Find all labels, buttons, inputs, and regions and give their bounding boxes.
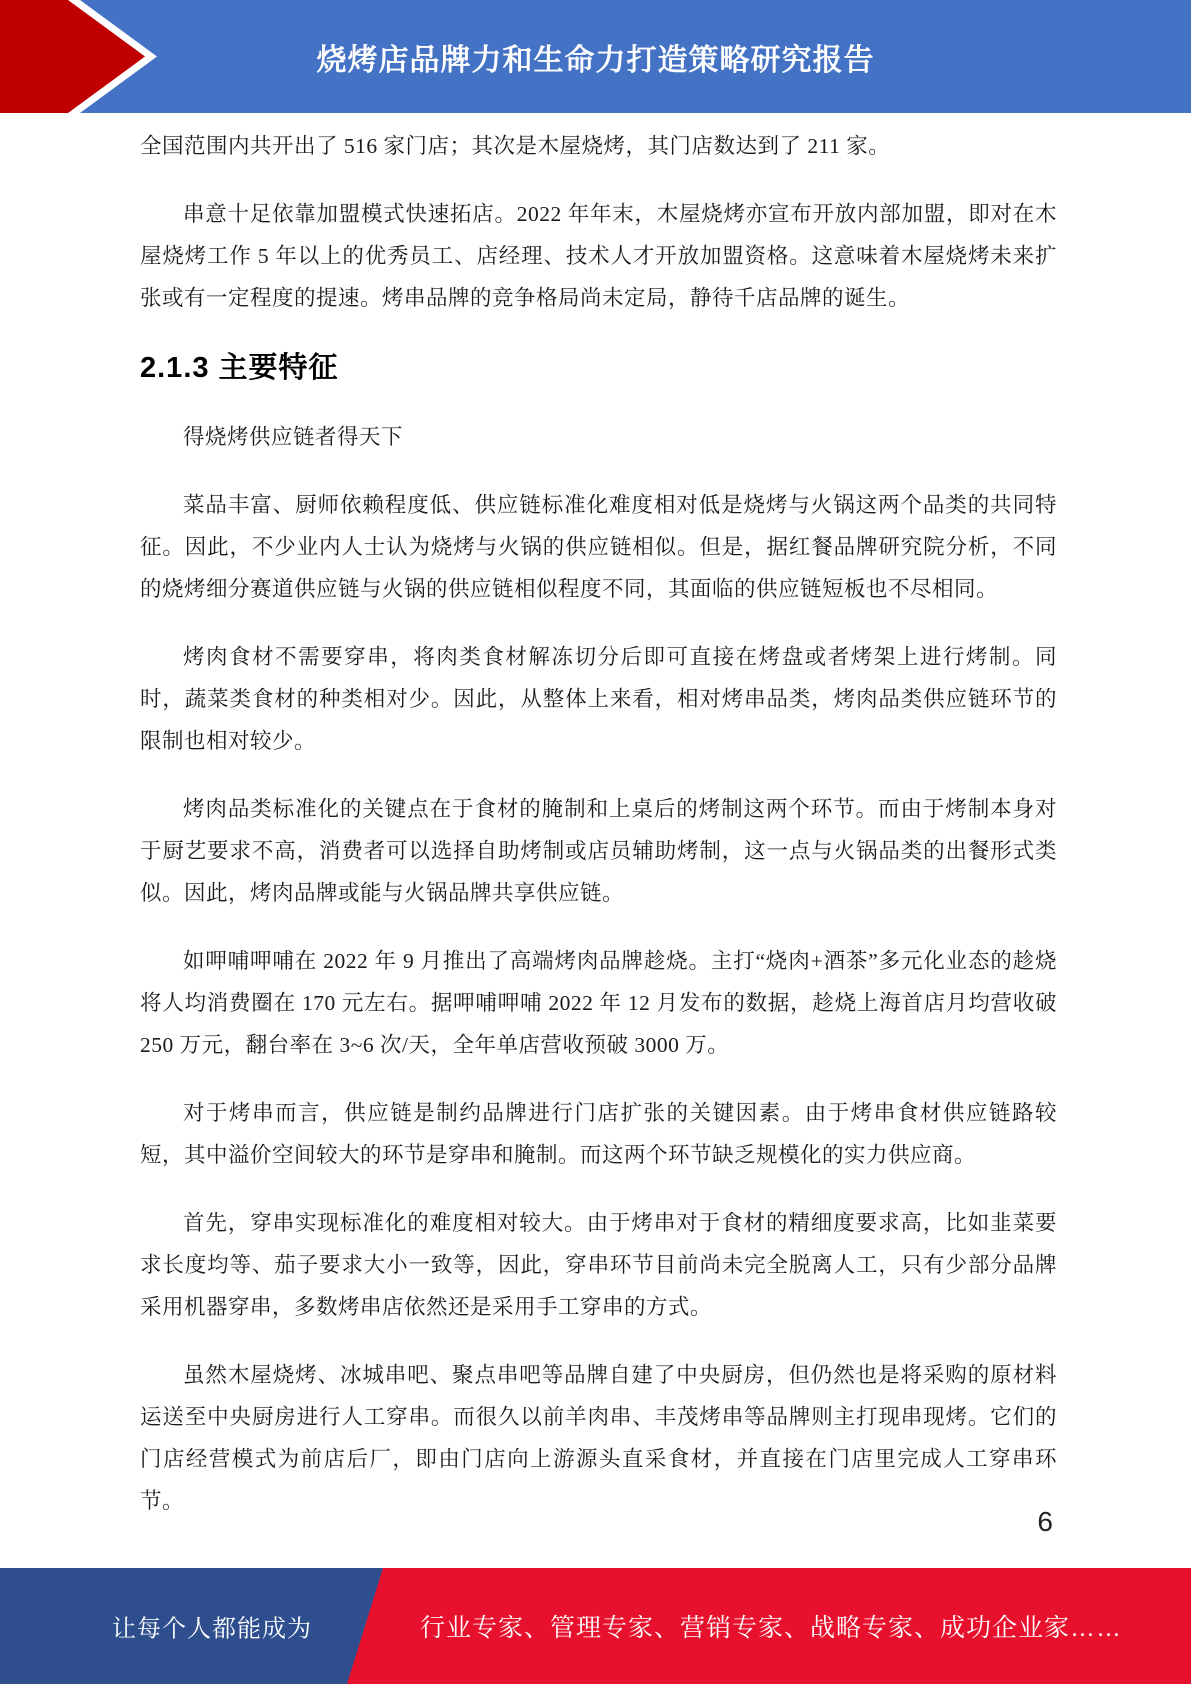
paragraph: 串意十足依靠加盟模式快速拓店。2022 年年末，木屋烧烤亦宣布开放内部加盟，即对… (140, 193, 1057, 319)
paragraph: 如呷哺呷哺在 2022 年 9 月推出了高端烤肉品牌趁烧。主打“烧肉+酒茶”多元… (140, 940, 1057, 1066)
page-footer: 让每个人都能成为 行业专家、管理专家、营销专家、战略专家、成功企业家…… (0, 1568, 1191, 1684)
footer-slogan-right: 行业专家、管理专家、营销专家、战略专家、成功企业家…… (420, 1608, 1133, 1644)
page-number: 6 (1037, 1506, 1053, 1538)
report-page: 烧烤店品牌力和生命力打造策略研究报告 全国范围内共开出了 516 家门店；其次是… (0, 0, 1191, 1684)
paragraph-continuation: 全国范围内共开出了 516 家门店；其次是木屋烧烤，其门店数达到了 211 家。 (140, 125, 1057, 167)
footer-slogan-left: 让每个人都能成为 (96, 1609, 328, 1644)
paragraph: 烤肉品类标准化的关键点在于食材的腌制和上桌后的烤制这两个环节。而由于烤制本身对于… (140, 788, 1057, 914)
paragraph: 首先，穿串实现标准化的难度相对较大。由于烤串对于食材的精细度要求高，比如韭菜要求… (140, 1202, 1057, 1328)
paragraph: 菜品丰富、厨师依赖程度低、供应链标准化难度相对低是烧烤与火锅这两个品类的共同特征… (140, 484, 1057, 610)
paragraph: 烤肉食材不需要穿串，将肉类食材解冻切分后即可直接在烤盘或者烤架上进行烤制。同时，… (140, 636, 1057, 762)
page-header: 烧烤店品牌力和生命力打造策略研究报告 (0, 0, 1191, 113)
document-body: 全国范围内共开出了 516 家门店；其次是木屋烧烤，其门店数达到了 211 家。… (0, 113, 1191, 1548)
paragraph-lead: 得烧烤供应链者得天下 (140, 416, 1057, 458)
section-heading: 2.1.3 主要特征 (140, 345, 1057, 386)
paragraph: 虽然木屋烧烤、冰城串吧、聚点串吧等品牌自建了中央厨房，但仍然也是将采购的原材料运… (140, 1354, 1057, 1522)
paragraph: 对于烤串而言，供应链是制约品牌进行门店扩张的关键因素。由于烤串食材供应链路较短，… (140, 1092, 1057, 1176)
report-title: 烧烤店品牌力和生命力打造策略研究报告 (0, 35, 1191, 79)
